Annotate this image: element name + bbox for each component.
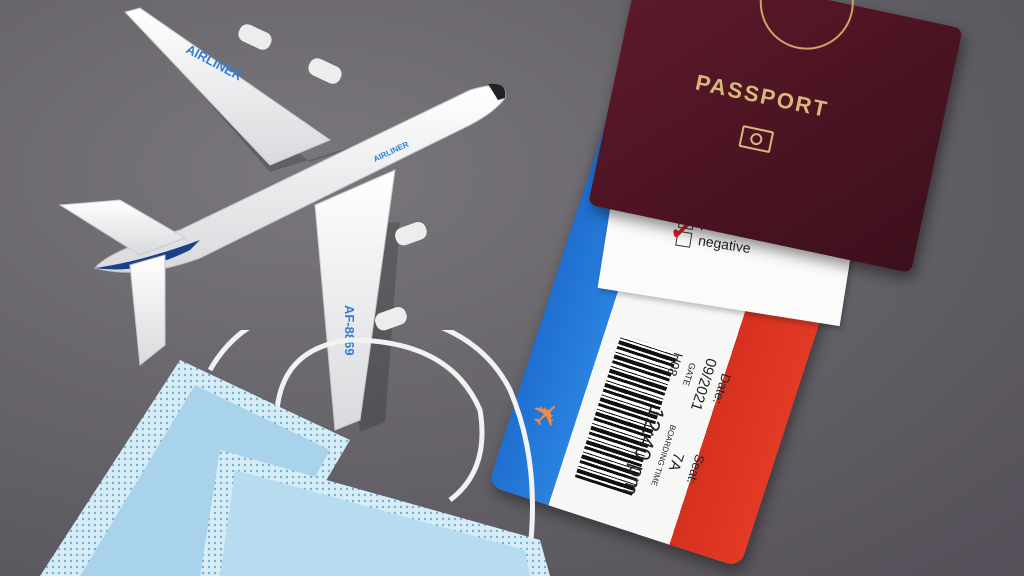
biometric-chip-icon — [738, 125, 774, 153]
seat-label: Seat: — [684, 452, 708, 486]
coat-of-arms-emblem — [751, 0, 862, 58]
surgical-masks — [20, 330, 580, 576]
passport-title: PASSPORT — [693, 70, 831, 124]
